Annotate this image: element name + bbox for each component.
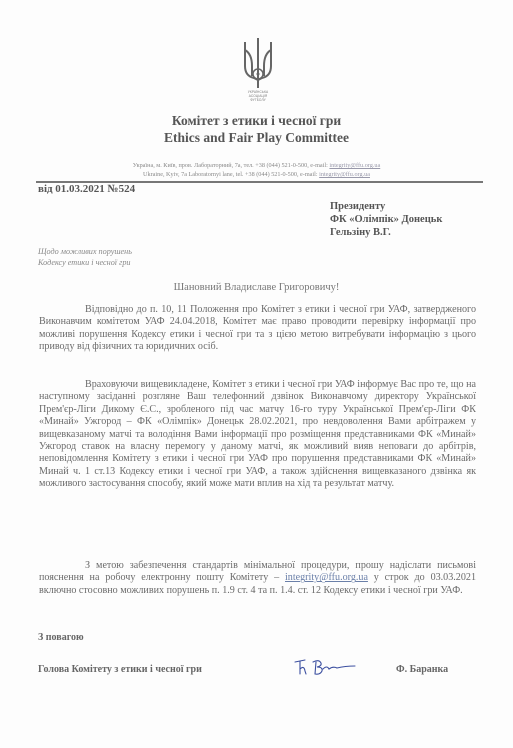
- paragraph-text: Відповідно до п. 10, 11 Положення про Ко…: [39, 304, 476, 354]
- body-paragraph-3: З метою забезпечення стандартів мінімаль…: [39, 560, 476, 597]
- recipient-position: Президенту: [330, 200, 442, 213]
- paragraph-text: Враховуючи вищевикладене, Комітет з етик…: [39, 379, 476, 491]
- subject-line: Кодексу етики і чесної гри: [38, 258, 132, 269]
- emblem-caption: УКРАЇНСЬКА АСОЦІАЦІЯ ФУТБОЛУ: [240, 90, 276, 102]
- address-en: Ukraine, Kyiv, 7a Laboratornyi lane, tel…: [0, 171, 513, 178]
- address-en-email-link[interactable]: integrity@ffu.org.ua: [319, 171, 370, 178]
- salutation: Шановний Владиславе Григоровичу!: [0, 282, 513, 293]
- letter-page: УКРАЇНСЬКА АСОЦІАЦІЯ ФУТБОЛУ Комітет з е…: [0, 0, 513, 748]
- committee-title-uk: Комітет з етики і чесної гри: [0, 113, 513, 129]
- emblem-caption-line: ФУТБОЛУ: [240, 98, 276, 102]
- address-uk: Україна, м. Київ, пров. Лабораторний, 7а…: [0, 162, 513, 169]
- reference-number: від 01.03.2021 №524: [38, 183, 135, 195]
- subject-line: Щодо можливих порушень: [38, 247, 132, 258]
- closing-phrase: З повагою: [38, 632, 84, 643]
- address-en-text: Ukraine, Kyiv, 7a Laboratornyi lane, tel…: [143, 171, 319, 178]
- address-uk-text: Україна, м. Київ, пров. Лабораторний, 7а…: [133, 162, 330, 169]
- address-uk-email-link[interactable]: integrity@ffu.org.ua: [329, 162, 380, 169]
- committee-title-en: Ethics and Fair Play Committee: [0, 130, 513, 146]
- body-paragraph-2: Враховуючи вищевикладене, Комітет з етик…: [39, 379, 476, 491]
- signatory-name: Ф. Баранка: [396, 664, 448, 675]
- paragraph-text: З метою забезпечення стандартів мінімаль…: [39, 560, 476, 597]
- recipient-club: ФК «Олімпік» Донецьк: [330, 213, 442, 226]
- recipient-block: Президенту ФК «Олімпік» Донецьк Гельзіну…: [330, 200, 442, 239]
- committee-email-link[interactable]: integrity@ffu.org.ua: [285, 572, 368, 583]
- recipient-name: Гельзіну В.Г.: [330, 226, 442, 239]
- body-paragraph-1: Відповідно до п. 10, 11 Положення про Ко…: [39, 304, 476, 354]
- subject-block: Щодо можливих порушень Кодексу етики і ч…: [38, 247, 132, 268]
- signatory-title: Голова Комітету з етики і чесної гри: [38, 664, 202, 675]
- handwritten-signature-icon: [293, 656, 363, 680]
